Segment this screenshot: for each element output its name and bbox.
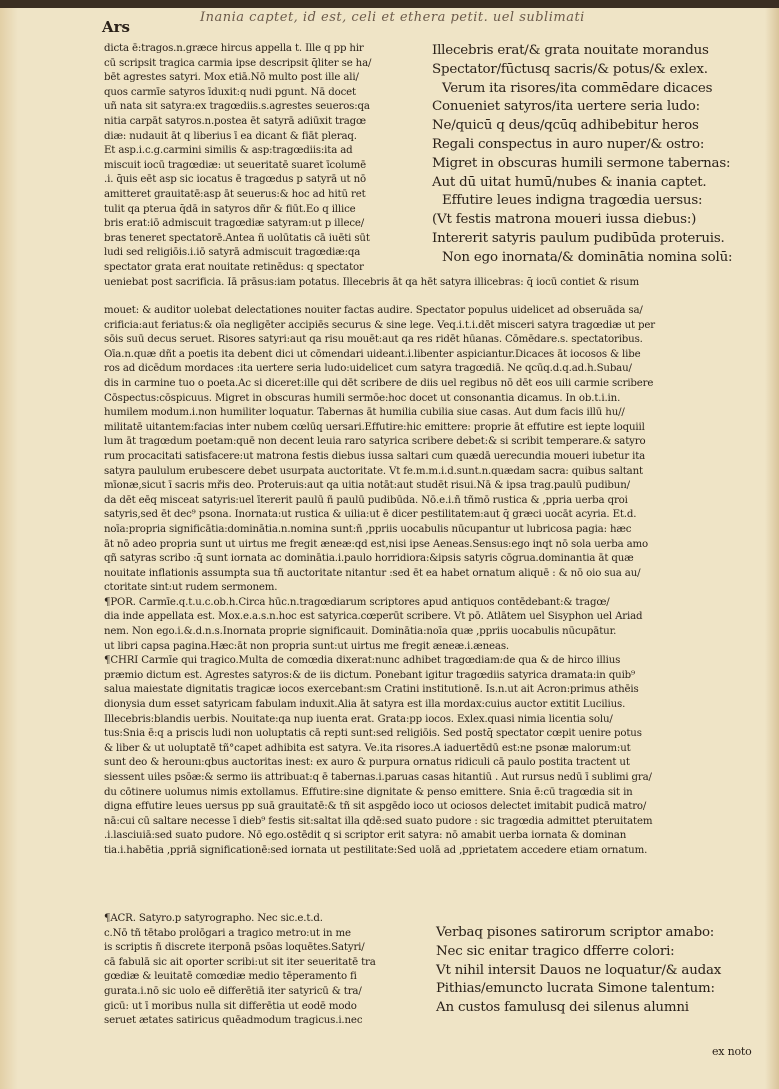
commentary-line: c.Nō tñ tētabo prolōgari a tragico metro… <box>104 927 426 942</box>
commentary-line: tus:Snia ē:q a priscis ludi non uoluptat… <box>104 727 766 742</box>
commentary-line: ueniebat post sacrificia. Iā prāsus:iam … <box>104 276 426 291</box>
commentary-line: satyris,sed ēt dec⁹ psona. Inornata:ut r… <box>104 508 766 523</box>
commentary-line: nitia carpāt satyros.n.postea ēt satyrā … <box>104 115 426 130</box>
commentary-line: da dēt eēq misceat satyris:uel ītererit … <box>104 494 766 509</box>
commentary-line: diæ: nudauit āt q liberius ī ea dicant &… <box>104 130 426 145</box>
commentary-line: digna effutire leues uersus pp suā graui… <box>104 800 766 815</box>
commentary-line: siessent uiles psōæ:& sermo iis attribua… <box>104 771 766 786</box>
verse-line: Verum ita risores/ita commēdare dicaces <box>432 80 772 99</box>
commentary-line: & liber & ut uoluptatē tñ°capet adhibita… <box>104 742 766 757</box>
commentary-line: ros ad dicēdum mordaces :ita uertere ser… <box>104 362 766 377</box>
commentary-line: humilem modum.i.non humiliter loquatur. … <box>104 406 766 421</box>
commentary-line: sōis suū decus seruet. Risores satyri:au… <box>104 333 766 348</box>
commentary-line: ludi sed religiōis.i.iō satyrā admiscuit… <box>104 246 426 261</box>
commentary-line: bras teneret spectatorē.Antea ñ uolūtati… <box>104 232 426 247</box>
commentary-line: bēt agrestes satyri. Mox etiā.Nō multo p… <box>104 71 426 86</box>
commentary-line: mīonæ,sicut ī sacris mřis deo. Proteruis… <box>104 479 766 494</box>
commentary-line: cū scripsit tragica carmia ipse descrips… <box>104 57 426 72</box>
commentary-line: rum procacitati satisfacere:ut matrona f… <box>104 450 766 465</box>
commentary-line: bris erat:iō admiscuit tragœdiæ satyram:… <box>104 217 426 232</box>
commentary-line: amitteret grauitatē:asp āt seuerus:& hoc… <box>104 188 426 203</box>
catchword: ex noto <box>712 1043 752 1062</box>
verse-line: Intererit satyris paulum pudibūda proter… <box>432 230 772 249</box>
commentary-line: seruet ætates satiricus quēadmodum tragi… <box>104 1014 426 1029</box>
commentary-line: spectator grata erat nouitate retinēdus:… <box>104 261 426 276</box>
verse-line: Regali conspectus in auro nuper/& ostro: <box>432 136 772 155</box>
commentary-line: quos carmīe satyros īduxit:q nudi pgunt.… <box>104 86 426 101</box>
commentary-line: dionysia dum esset satyricam fabulam ind… <box>104 698 766 713</box>
commentary-line: dicta ē:tragos.n.græce hircus appella t.… <box>104 42 426 57</box>
commentary-line: tulit qa pterua q̄dā in satyros dñr & fi… <box>104 203 426 218</box>
commentary-line: ut libri capsa pagina.Hæc:āt non propria… <box>104 640 766 655</box>
verse-line: Spectator/fūctusq sacris/& potus/& exlex… <box>432 61 772 80</box>
commentary-line: nā:cui cū saltare necesse ī dieb⁹ festis… <box>104 815 766 830</box>
verse-line: Vt nihil intersit Dauos ne loquatur/& au… <box>436 962 776 981</box>
commentary-line: gœdiæ & leuitatē comœdiæ medio tēperamen… <box>104 970 426 985</box>
commentary-line: noīa:propria significātia:dominātia.n.no… <box>104 523 766 538</box>
commentary-line: lum āt tragœdum poetam:quē non decent le… <box>104 435 766 450</box>
commentary-line: qñ satyras scribo :q̄ sunt iornata ac do… <box>104 552 766 567</box>
commentary-line: ¶ACR. Satyro.p satyrographo. Nec sic.e.t… <box>104 912 426 927</box>
commentary-line: tia.i.habētia ,ppriā significationē:sed … <box>104 844 766 859</box>
page-gutter-shadow <box>0 8 18 1089</box>
commentary-line: .i.lasciuiā:sed suato pudore. Nō ego.ost… <box>104 829 766 844</box>
commentary-line: militatē uitantem:facias inter nubem cœl… <box>104 421 766 436</box>
verse-bottom-right: Verbaq pisones satirorum scriptor amabo:… <box>436 924 776 1018</box>
verse-line: Verbaq pisones satirorum scriptor amabo: <box>436 924 776 943</box>
commentary-line: ¶POR. Carmīe.q.t.u.c.ob.h.Circa hūc.n.tr… <box>104 596 766 611</box>
commentary-line: dis in carmine tuo o poeta.Ac si diceret… <box>104 377 766 392</box>
commentary-line: Illecebris:blandis uerbis. Nouitate:qa n… <box>104 713 766 728</box>
commentary-line: du cōtinere uolumus nimis extollamus. Ef… <box>104 786 766 801</box>
verse-line: An custos famulusq dei silenus alumni <box>436 999 776 1018</box>
verse-line: Conueniet satyros/ita uertere seria ludo… <box>432 98 772 117</box>
commentary-line: sunt deo & herounı:qbus auctoritas inest… <box>104 756 766 771</box>
commentary-line: crificia:aut feriatus:& oīa negligēter a… <box>104 319 766 334</box>
verse-line: Pithias/emuncto lucrata Simone talentum: <box>436 980 776 999</box>
verse-line: Migret in obscuras humili sermone tabern… <box>432 155 772 174</box>
commentary-line: uñ nata sit satyra:ex tragœdiis.s.agrest… <box>104 100 426 115</box>
running-head: Ars <box>102 18 130 36</box>
commentary-top-left: dicta ē:tragos.n.græce hircus appella t.… <box>104 42 426 290</box>
commentary-bottom-left: ¶ACR. Satyro.p satyrographo. Nec sic.e.t… <box>104 912 426 1029</box>
commentary-full-width: mouet: & auditor uolebat delectationes n… <box>104 304 766 859</box>
commentary-line: mouet: & auditor uolebat delectationes n… <box>104 304 766 319</box>
commentary-line: āt nō adeo propria sunt ut uirtus me fre… <box>104 538 766 553</box>
verse-top-right: Illecebris erat/& grata nouitate morandu… <box>432 42 772 268</box>
commentary-line: Oīa.n.quæ dñt a poetis ita debent dici u… <box>104 348 766 363</box>
commentary-line: dia inde appellata est. Mox.e.a.s.n.hoc … <box>104 610 766 625</box>
commentary-line: satyra paululum erubescere debet usurpat… <box>104 465 766 480</box>
commentary-line: nem. Non ego.i.&.d.n.s.Inornata proprie … <box>104 625 766 640</box>
handwritten-annotation: Inania captet, id est, celi et ethera pe… <box>200 10 585 25</box>
commentary-line: præmio dictum est. Agrestes satyros:& de… <box>104 669 766 684</box>
commentary-line: ¶CHRI Carmīe qui tragico.Multa de comœdi… <box>104 654 766 669</box>
verse-line: Non ego inornata/& dominātia nomina solū… <box>432 249 772 268</box>
scan-top-edge <box>0 0 779 8</box>
commentary-line: nouitate inflationis assumpta sua tñ auc… <box>104 567 766 582</box>
commentary-line: miscuit iocū tragœdiæ: ut seueritatē sua… <box>104 159 426 174</box>
commentary-line: gicū: ut ī moribus nulla sit differētia … <box>104 1000 426 1015</box>
commentary-line: salua maiestate dignitatis tragicæ iocos… <box>104 683 766 698</box>
verse-line: Aut dū uitat humū/nubes & inania captet. <box>432 174 772 193</box>
commentary-line: ctoritate sint:ut rudem sermonem. <box>104 581 766 596</box>
commentary-line: Cōspectus:cōspicuus. Migret in obscuras … <box>104 392 766 407</box>
verse-line: Nec sic enitar tragico dfferre colori: <box>436 943 776 962</box>
verse-line: Ne/quicū q deus/qcūq adhibebitur heros <box>432 117 772 136</box>
commentary-line: cā fabulā sic ait oporter scribi:ut sit … <box>104 956 426 971</box>
commentary-line: Et asp.i.c.g.carmini similis & asp:tragœ… <box>104 144 426 159</box>
verse-line: (Vt festis matrona moueri iussa diebus:) <box>432 211 772 230</box>
commentary-line: gurata.i.nō sic uolo eē differētiā iter … <box>104 985 426 1000</box>
verse-line: Illecebris erat/& grata nouitate morandu… <box>432 42 772 61</box>
verse-line: Effutire leues indigna tragœdia uersus: <box>432 192 772 211</box>
commentary-line: .i. q̄uis eēt asp sic iocatus ē tragœdus… <box>104 173 426 188</box>
commentary-line: is scriptis ñ discrete iterponā psōas lo… <box>104 941 426 956</box>
